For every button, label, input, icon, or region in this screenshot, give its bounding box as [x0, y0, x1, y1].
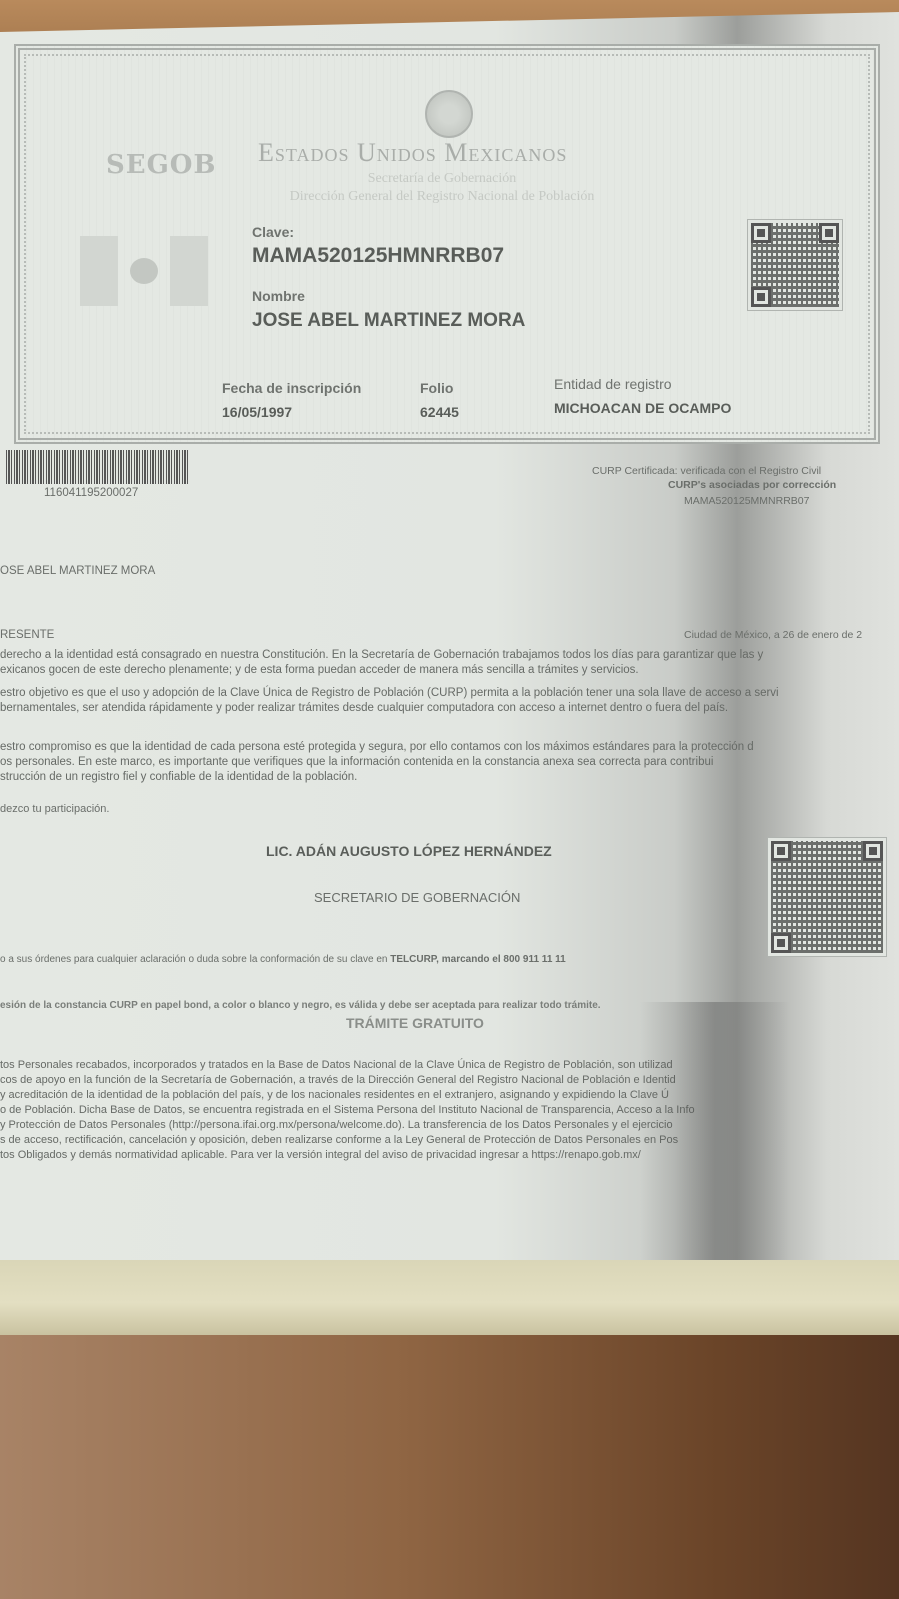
curp-certified-text: CURP Certificada: verificada con el Regi… — [592, 464, 821, 479]
nombre-value: JOSE ABEL MARTINEZ MORA — [252, 310, 525, 332]
fecha-value: 16/05/1997 — [222, 404, 292, 420]
telcurp-number: TELCURP, marcando el 800 911 11 11 — [390, 954, 565, 965]
agency-logo: SEGOB — [106, 150, 216, 180]
free-procedure-label: TRÁMITE GRATUITO — [346, 1016, 484, 1031]
barcode — [6, 450, 188, 484]
presente: RESENTE — [0, 628, 54, 643]
associated-curp-value: MAMA520125MMNRRB07 — [684, 494, 809, 509]
privacy-notice: tos Personales recabados, incorporados y… — [0, 1058, 695, 1163]
fecha-label: Fecha de inscripción — [222, 380, 361, 396]
table-surface — [0, 1330, 899, 1599]
folio-value: 62445 — [420, 404, 459, 420]
folio-label: Folio — [420, 380, 453, 396]
validity-notice: esión de la constancia CURP en papel bon… — [0, 998, 601, 1013]
subtitle: Secretaría de Gobernación Dirección Gene… — [272, 170, 612, 206]
entidad-label: Entidad de registro — [554, 376, 672, 392]
national-seal-icon — [425, 90, 473, 138]
clave-value: MAMA520125HMNRRB07 — [252, 244, 504, 268]
curp-document: SEGOB Estados Unidos Mexicanos Secretarí… — [0, 12, 899, 1260]
mexican-flag-icon — [80, 236, 220, 316]
certificate-frame: SEGOB Estados Unidos Mexicanos Secretarí… — [14, 44, 880, 444]
place-date: Ciudad de México, a 26 de enero de 2 — [684, 628, 862, 643]
country-title: Estados Unidos Mexicanos — [258, 138, 567, 168]
telcurp-contact: o a sus órdenes para cualquier aclaració… — [0, 952, 566, 967]
paragraph-1: derecho a la identidad está consagrado e… — [0, 648, 763, 678]
nombre-label: Nombre — [252, 288, 305, 304]
barcode-number: 116041195200027 — [44, 486, 138, 501]
signatory-name: LIC. ADÁN AUGUSTO LÓPEZ HERNÁNDEZ — [266, 844, 552, 859]
paper-stack-edge — [0, 1255, 899, 1335]
qr-code — [748, 220, 842, 310]
paragraph-2: estro objetivo es que el uso y adopción … — [0, 686, 779, 716]
letter-qr-code — [768, 838, 886, 956]
shadow-overlay — [640, 1002, 790, 1272]
recipient-name: OSE ABEL MARTINEZ MORA — [0, 564, 155, 579]
signatory-title: SECRETARIO DE GOBERNACIÓN — [314, 890, 520, 905]
paragraph-3: estro compromiso es que la identidad de … — [0, 740, 754, 785]
clave-label: Clave: — [252, 224, 294, 240]
associated-curp-label: CURP's asociadas por corrección — [668, 478, 836, 493]
closing: dezco tu participación. — [0, 802, 109, 817]
entidad-value: MICHOACAN DE OCAMPO — [554, 400, 731, 416]
